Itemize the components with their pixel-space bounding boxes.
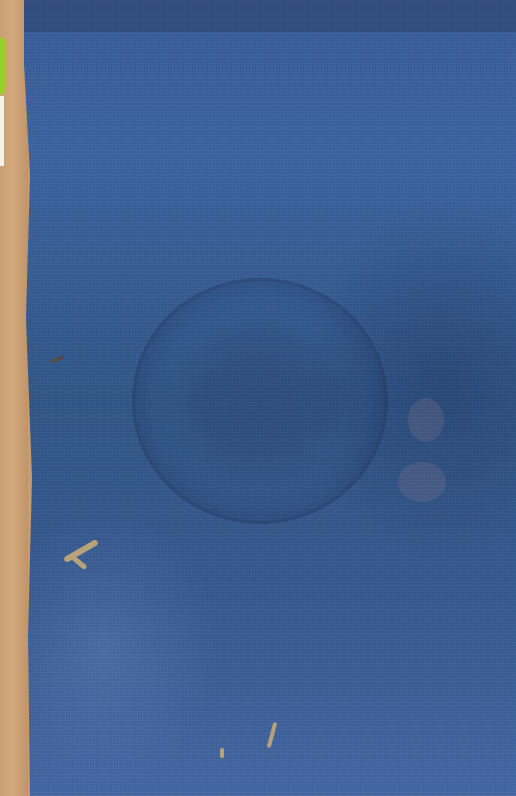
embossed-emblem [132, 278, 388, 524]
torn-mark [220, 748, 224, 758]
white-tab [0, 96, 4, 166]
stain-spot [398, 462, 446, 502]
spine-paper [0, 0, 28, 796]
stain-spot [408, 398, 444, 442]
top-worn-band [24, 0, 516, 32]
green-tab [0, 38, 5, 94]
book-cover-scan [0, 0, 516, 796]
emblem-center [195, 336, 325, 466]
